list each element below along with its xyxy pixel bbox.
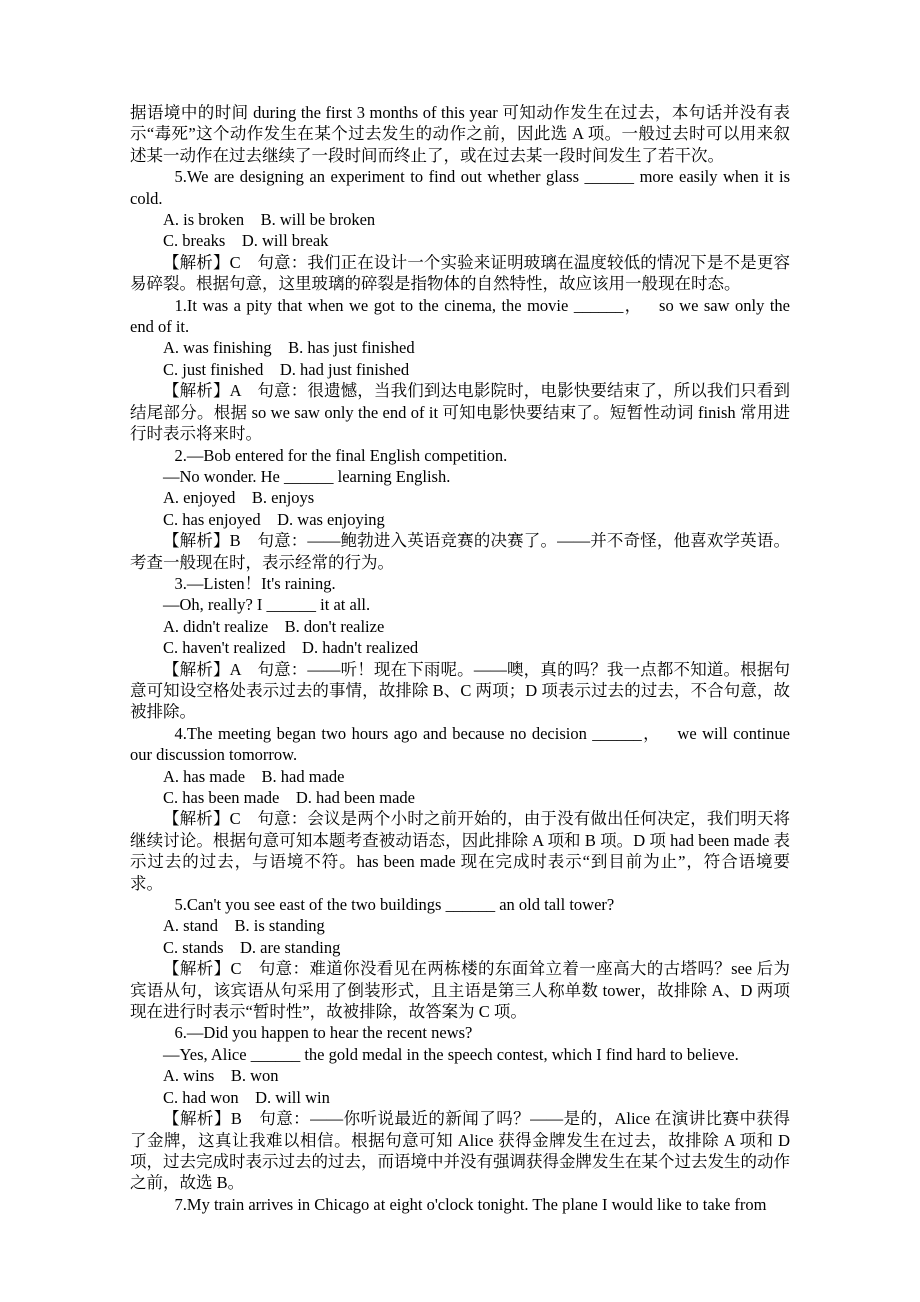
analysis-paragraph: 【解析】A 句意：很遗憾，当我们到达电影院时，电影快要结束了，所以我们只看到结尾… xyxy=(130,380,790,444)
dialog-line: —Oh, really? I ______ it at all. xyxy=(130,594,790,615)
document-page: 据语境中的时间 during the first 3 months of thi… xyxy=(0,0,920,1302)
options-line: A. is broken B. will be broken xyxy=(130,209,790,230)
options-line: C. had won D. will win xyxy=(130,1087,790,1108)
analysis-paragraph: 【解析】C 句意：会议是两个小时之前开始的，由于没有做出任何决定，我们明天将继续… xyxy=(130,808,790,894)
analysis-paragraph: 【解析】C 句意：我们正在设计一个实验来证明玻璃在温度较低的情况下是不是更容易碎… xyxy=(130,252,790,295)
analysis-paragraph: 【解析】C 句意：难道你没看见在两栋楼的东面耸立着一座高大的古塔吗？see 后为… xyxy=(130,958,790,1022)
options-line: C. breaks D. will break xyxy=(130,230,790,251)
options-line: C. stands D. are standing xyxy=(130,937,790,958)
options-line: A. was finishing B. has just finished xyxy=(130,337,790,358)
analysis-paragraph: 【解析】A 句意：——听！现在下雨呢。——噢，真的吗？我一点都不知道。根据句意可… xyxy=(130,659,790,723)
options-line: C. just finished D. had just finished xyxy=(130,359,790,380)
options-line: A. stand B. is standing xyxy=(130,915,790,936)
question-line: 4.The meeting began two hours ago and be… xyxy=(130,723,790,766)
options-line: C. has enjoyed D. was enjoying xyxy=(130,509,790,530)
question-line: 3.—Listen！It's raining. xyxy=(130,573,790,594)
options-line: A. enjoyed B. enjoys xyxy=(130,487,790,508)
question-line: 6.—Did you happen to hear the recent new… xyxy=(130,1022,790,1043)
analysis-paragraph: 【解析】B 句意：——鲍勃进入英语竞赛的决赛了。——并不奇怪，他喜欢学英语。考查… xyxy=(130,530,790,573)
question-line: 5.Can't you see east of the two building… xyxy=(130,894,790,915)
question-line: 2.—Bob entered for the final English com… xyxy=(130,445,790,466)
options-line: C. haven't realized D. hadn't realized xyxy=(130,637,790,658)
options-line: A. wins B. won xyxy=(130,1065,790,1086)
dialog-line: —Yes, Alice ______ the gold medal in the… xyxy=(130,1044,790,1065)
options-line: A. didn't realize B. don't realize xyxy=(130,616,790,637)
question-line: 1.It was a pity that when we got to the … xyxy=(130,295,790,338)
options-line: A. has made B. had made xyxy=(130,766,790,787)
dialog-line: —No wonder. He ______ learning English. xyxy=(130,466,790,487)
options-line: C. has been made D. had been made xyxy=(130,787,790,808)
analysis-paragraph: 【解析】B 句意：——你听说最近的新闻了吗？——是的，Alice 在演讲比赛中获… xyxy=(130,1108,790,1194)
document-body: 据语境中的时间 during the first 3 months of thi… xyxy=(130,102,790,1215)
question-line: 7.My train arrives in Chicago at eight o… xyxy=(130,1194,790,1215)
body-paragraph: 据语境中的时间 during the first 3 months of thi… xyxy=(130,102,790,166)
question-line: 5.We are designing an experiment to find… xyxy=(130,166,790,209)
